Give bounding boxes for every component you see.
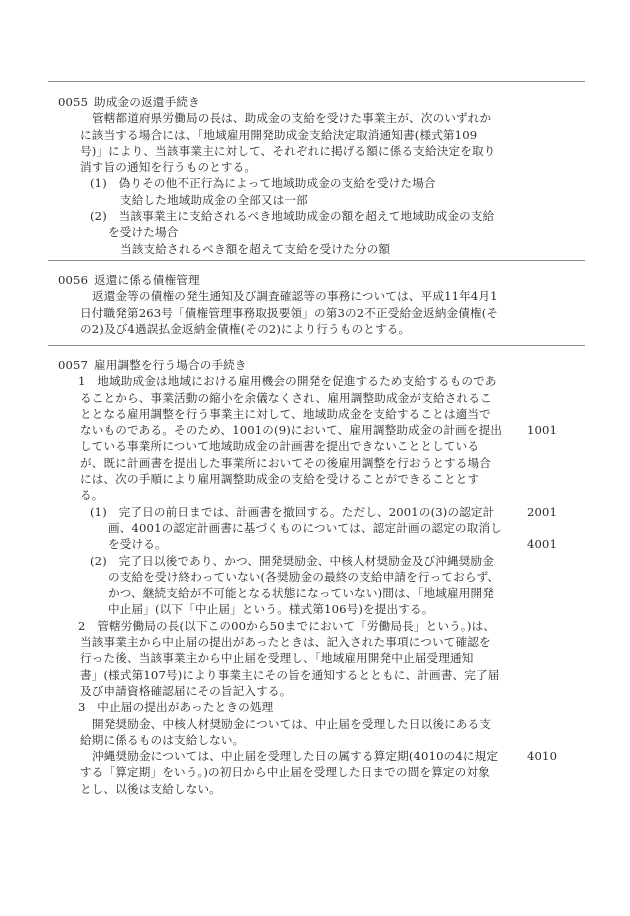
body-line: (2) 完了日以後であり、かつ、開発奨励金、中核人材奨励金及び沖縄奨励金 bbox=[58, 553, 588, 569]
body-line: する「算定期」をいう。)の初日から中止届を受理した日までの間を算定の対象 bbox=[58, 764, 588, 780]
section-divider bbox=[48, 81, 585, 82]
body-text: に該当する場合には、「地域雇用開発助成金支給決定取消通知書(様式第109 bbox=[58, 128, 477, 142]
section-divider bbox=[48, 260, 585, 261]
body-text: する「算定期」をいう。)の初日から中止届を受理した日までの間を算定の対象 bbox=[58, 765, 490, 779]
body-text: (1) 偽りその他不正行為によって地域助成金の支給を受けた場合 bbox=[58, 176, 436, 190]
body-text: ないものである。そのため、1001の(9)において、雇用調整助成金の計画を提出 bbox=[58, 423, 502, 437]
body-line: の支給を受け終わっていない(各奨励金の最終の支給申請を行っておらず、 bbox=[58, 569, 588, 585]
body-text: を受ける。 bbox=[58, 537, 167, 551]
body-line: 返還金等の債権の発生通知及び調査確認等の事務については、平成11年4月1 bbox=[58, 288, 588, 304]
body-line: を受けた場合 bbox=[58, 224, 588, 240]
body-line: している事業所について地域助成金の計画書を提出できないこととしている bbox=[58, 438, 588, 454]
body-line: 沖縄奨励金については、中止届を受理した日の属する算定期(4010の4に規定401… bbox=[58, 748, 588, 764]
body-text: とし、以後は支給しない。 bbox=[58, 782, 221, 796]
body-line: 画、4001の認定計画書に基づくものについては、認定計画の認定の取消し bbox=[58, 520, 588, 536]
body-text: の支給を受け終わっていない(各奨励金の最終の支給申請を行っておらず、 bbox=[58, 570, 499, 584]
margin-reference: 4001 bbox=[527, 536, 557, 552]
body-line: とし、以後は支給しない。 bbox=[58, 781, 588, 797]
body-text: 3 中止届の提出があったときの処理 bbox=[58, 700, 273, 714]
body-text: 当該支給されるべき額を超えて支給を受けた分の額 bbox=[58, 242, 390, 256]
body-line: を受ける。4001 bbox=[58, 536, 588, 552]
body-line: 及び申請資格確認届にその旨記入する。 bbox=[58, 683, 588, 699]
body-line: 号)」により、当該事業主に対して、それぞれに掲げる額に係る支給決定を取り bbox=[58, 143, 588, 159]
body-text: 沖縄奨励金については、中止届を受理した日の属する算定期(4010の4に規定 bbox=[58, 749, 498, 763]
body-text: 行った後、当該事業主から中止届を受理し、「地域雇用開発中止届受理通知 bbox=[58, 651, 474, 665]
section-number: 0056 bbox=[58, 272, 94, 288]
body-line: 開発奨励金、中核人材奨励金については、中止届を受理した日以後にある支 bbox=[58, 716, 588, 732]
section-number: 0055 bbox=[58, 94, 94, 110]
body-line: ることから、事業活動の縮小を余儀なくされ、雇用調整助成金が支給されるこ bbox=[58, 390, 588, 406]
body-text: 及び申請資格確認届にその旨記入する。 bbox=[58, 684, 291, 698]
body-line: に該当する場合には、「地域雇用開発助成金支給決定取消通知書(様式第109 bbox=[58, 127, 588, 143]
body-text: 当該事業主から中止届の提出があったときは、記入された事項について確認を bbox=[58, 635, 491, 649]
body-text: 返還金等の債権の発生通知及び調査確認等の事務については、平成11年4月1 bbox=[58, 289, 498, 303]
section-title: 雇用調整を行う場合の手続き bbox=[94, 358, 247, 372]
section-divider bbox=[48, 345, 585, 346]
body-text: かつ、継続支給が不可能となる状態になっていない)間は、「地域雇用開発 bbox=[58, 586, 494, 600]
body-line: 行った後、当該事業主から中止届を受理し、「地域雇用開発中止届受理通知 bbox=[58, 650, 588, 666]
body-line: の2)及び4過誤払金返納金債権(その2)により行うものとする。 bbox=[58, 321, 588, 337]
margin-reference: 2001 bbox=[527, 504, 557, 520]
body-text: が、既に計画書を提出した事業所においてその後雇用調整を行おうとする場合 bbox=[58, 456, 491, 470]
section-title: 返還に係る債権管理 bbox=[94, 273, 200, 287]
body-line: 当該事業主から中止届の提出があったときは、記入された事項について確認を bbox=[58, 634, 588, 650]
body-text: 2 管轄労働局の長(以下この00から50までにおいて「労働局長」という。)は、 bbox=[58, 619, 495, 633]
body-line: 当該支給されるべき額を超えて支給を受けた分の額 bbox=[58, 241, 588, 257]
body-line: には、次の手順により雇用調整助成金の支給を受けることができることとす bbox=[58, 471, 588, 487]
body-text: (2) 完了日以後であり、かつ、開発奨励金、中核人材奨励金及び沖縄奨励金 bbox=[58, 554, 494, 568]
body-text: 給期に係るものは支給しない。 bbox=[58, 733, 244, 747]
body-line: 2 管轄労働局の長(以下この00から50までにおいて「労働局長」という。)は、 bbox=[58, 618, 588, 634]
body-line: 1 地域助成金は地域における雇用機会の開発を促進するため支給するものであ bbox=[58, 373, 588, 389]
body-line: 消す旨の通知を行うものとする。 bbox=[58, 159, 588, 175]
section-0056: 0056返還に係る債権管理返還金等の債権の発生通知及び調査確認等の事務については… bbox=[58, 272, 588, 337]
body-text: 画、4001の認定計画書に基づくものについては、認定計画の認定の取消し bbox=[58, 521, 502, 535]
margin-reference: 4010 bbox=[527, 748, 557, 764]
body-line: 中止届」(以下「中止届」という。様式第106号)を提出する。 bbox=[58, 601, 588, 617]
body-text: を受けた場合 bbox=[58, 225, 178, 239]
body-text: の2)及び4過誤払金返納金債権(その2)により行うものとする。 bbox=[58, 322, 410, 336]
body-text: には、次の手順により雇用調整助成金の支給を受けることができることとす bbox=[58, 472, 479, 486]
body-line: 支給した地域助成金の全部又は一部 bbox=[58, 192, 588, 208]
body-line: 日付職発第263号「債権管理事務取扱要領」の第3の2不正受給金返納金債権(そ bbox=[58, 305, 588, 321]
body-line: 給期に係るものは支給しない。 bbox=[58, 732, 588, 748]
body-text: 管轄都道府県労働局の長は、助成金の支給を受けた事業主が、次のいずれか bbox=[58, 111, 491, 125]
body-text: 支給した地域助成金の全部又は一部 bbox=[58, 193, 308, 207]
body-line: (2) 当該事業主に支給されるべき地域助成金の額を超えて地域助成金の支給 bbox=[58, 208, 588, 224]
body-line: ととなる雇用調整を行う事業主に対して、地域助成金を支給することは適当で bbox=[58, 406, 588, 422]
body-line: 管轄都道府県労働局の長は、助成金の支給を受けた事業主が、次のいずれか bbox=[58, 110, 588, 126]
body-line: かつ、継続支給が不可能となる状態になっていない)間は、「地域雇用開発 bbox=[58, 585, 588, 601]
body-text: 中止届」(以下「中止届」という。様式第106号)を提出する。 bbox=[58, 602, 434, 616]
body-text: 1 地域助成金は地域における雇用機会の開発を促進するため支給するものであ bbox=[58, 374, 497, 388]
body-text: 開発奨励金、中核人材奨励金については、中止届を受理した日以後にある支 bbox=[58, 717, 491, 731]
body-line: 書」(様式第107号)により事業主にその旨を通知するとともに、計画書、完了届 bbox=[58, 667, 588, 683]
section-heading: 0055助成金の返還手続き bbox=[58, 94, 588, 110]
body-line: る。 bbox=[58, 487, 588, 503]
body-line: (1) 完了日の前日までは、計画書を撤回する。ただし、2001の(3)の認定計2… bbox=[58, 504, 588, 520]
body-text: 号)」により、当該事業主に対して、それぞれに掲げる額に係る支給決定を取り bbox=[58, 144, 495, 158]
body-text: している事業所について地域助成金の計画書を提出できないこととしている bbox=[58, 439, 479, 453]
body-line: (1) 偽りその他不正行為によって地域助成金の支給を受けた場合 bbox=[58, 175, 588, 191]
section-title: 助成金の返還手続き bbox=[94, 95, 200, 109]
section-0055: 0055助成金の返還手続き管轄都道府県労働局の長は、助成金の支給を受けた事業主が… bbox=[58, 94, 588, 257]
body-line: が、既に計画書を提出した事業所においてその後雇用調整を行おうとする場合 bbox=[58, 455, 588, 471]
body-text: る。 bbox=[58, 488, 104, 502]
body-line: ないものである。そのため、1001の(9)において、雇用調整助成金の計画を提出1… bbox=[58, 422, 588, 438]
body-text: ととなる雇用調整を行う事業主に対して、地域助成金を支給することは適当で bbox=[58, 407, 491, 421]
margin-reference: 1001 bbox=[527, 422, 557, 438]
section-0057: 0057雇用調整を行う場合の手続き1 地域助成金は地域における雇用機会の開発を促… bbox=[58, 357, 588, 797]
body-line: 3 中止届の提出があったときの処理 bbox=[58, 699, 588, 715]
body-text: ることから、事業活動の縮小を余儀なくされ、雇用調整助成金が支給されるこ bbox=[58, 391, 492, 405]
body-text: 日付職発第263号「債権管理事務取扱要領」の第3の2不正受給金返納金債権(そ bbox=[58, 306, 498, 320]
body-text: 書」(様式第107号)により事業主にその旨を通知するとともに、計画書、完了届 bbox=[58, 668, 499, 682]
section-heading: 0057雇用調整を行う場合の手続き bbox=[58, 357, 588, 373]
body-text: (2) 当該事業主に支給されるべき地域助成金の額を超えて地域助成金の支給 bbox=[58, 209, 494, 223]
body-text: 消す旨の通知を行うものとする。 bbox=[58, 160, 256, 174]
section-number: 0057 bbox=[58, 357, 94, 373]
body-text: (1) 完了日の前日までは、計画書を撤回する。ただし、2001の(3)の認定計 bbox=[58, 505, 494, 519]
section-heading: 0056返還に係る債権管理 bbox=[58, 272, 588, 288]
